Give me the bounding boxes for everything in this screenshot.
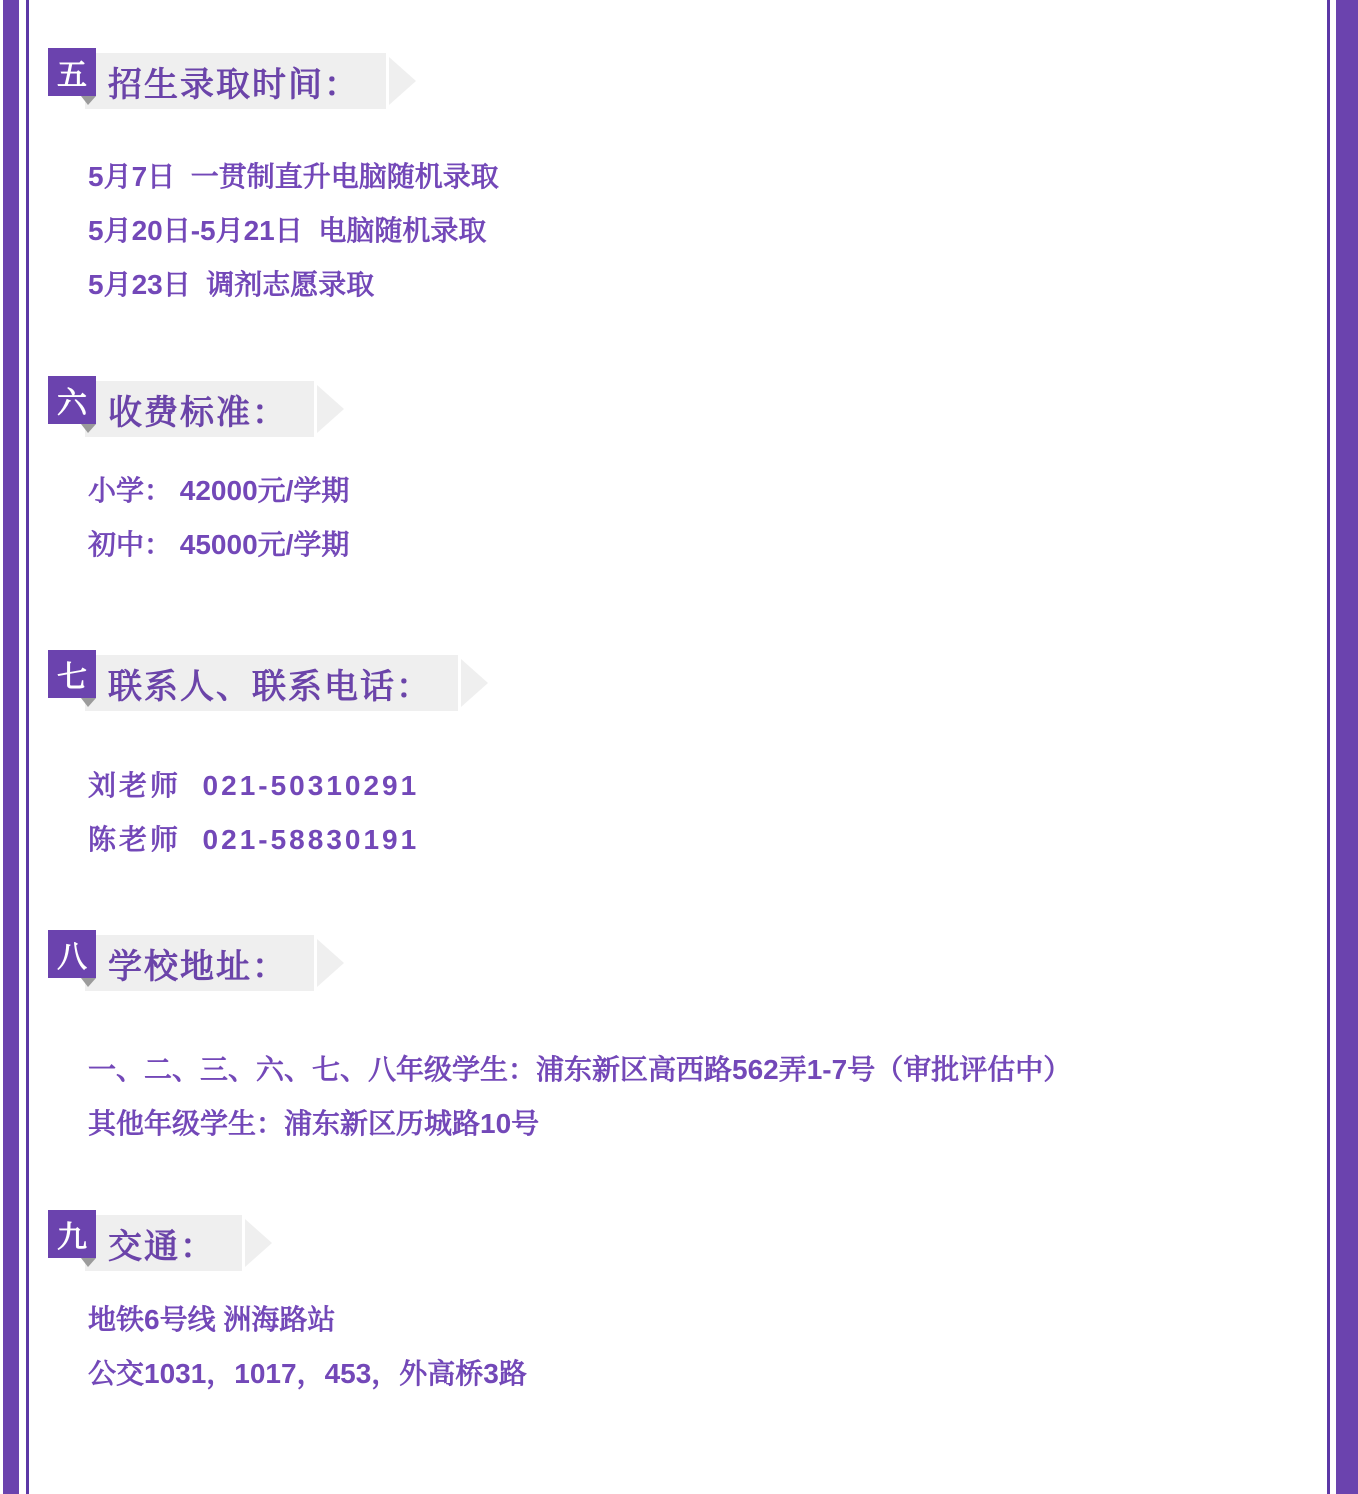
section-fees: 收费标准： 六 小学： 42000元/学期 初中： 45000元/学期 [48,376,1308,572]
section-title-banner: 招生录取时间： [85,53,386,109]
section-header: 收费标准： 六 [48,376,1308,437]
section-body: 5月7日 一贯制直升电脑随机录取 5月20日-5月21日 电脑随机录取 5月23… [88,150,1308,312]
section-number-badge: 六 [48,376,96,424]
section-title: 收费标准： [108,385,288,434]
body-line: 小学： 42000元/学期 [88,464,1308,518]
body-line: 初中： 45000元/学期 [88,518,1308,572]
section-title-banner: 收费标准： [85,381,314,437]
section-number-badge: 九 [48,1210,96,1258]
section-number-badge: 五 [48,48,96,96]
badge-fold-icon [81,1258,96,1267]
section-transport: 交通： 九 地铁6号线 洲海路站 公交1031，1017，453，外高桥3路 [48,1210,1308,1401]
banner-arrow-icon [389,57,416,105]
section-address: 学校地址： 八 一、二、三、六、七、八年级学生：浦东新区高西路562弄1-7号（… [48,930,1308,1151]
section-title-banner: 学校地址： [85,935,314,991]
section-header: 学校地址： 八 [48,930,1308,991]
section-title-banner: 联系人、联系电话： [85,655,458,711]
banner-arrow-icon [461,659,488,707]
banner-arrow-icon [317,939,344,987]
section-number-badge: 七 [48,650,96,698]
section-body: 一、二、三、六、七、八年级学生：浦东新区高西路562弄1-7号（审批评估中） 其… [88,1043,1308,1151]
section-contacts: 联系人、联系电话： 七 刘老师 021-50310291 陈老师 021-588… [48,650,1308,867]
section-body: 小学： 42000元/学期 初中： 45000元/学期 [88,464,1308,572]
badge-fold-icon [81,978,96,987]
body-line: 5月7日 一贯制直升电脑随机录取 [88,150,1308,204]
section-body: 地铁6号线 洲海路站 公交1031，1017，453，外高桥3路 [88,1293,1308,1401]
body-line: 刘老师 021-50310291 [88,759,1308,813]
left-accent-bar [3,0,19,1494]
section-enrollment-time: 招生录取时间： 五 5月7日 一贯制直升电脑随机录取 5月20日-5月21日 电… [48,48,1308,312]
body-line: 地铁6号线 洲海路站 [88,1293,1308,1347]
left-accent-line [26,0,29,1494]
section-title: 招生录取时间： [108,57,360,106]
section-title: 联系人、联系电话： [108,659,432,708]
banner-arrow-icon [317,385,344,433]
badge-fold-icon [81,424,96,433]
section-header: 交通： 九 [48,1210,1308,1271]
body-line: 陈老师 021-58830191 [88,813,1308,867]
badge-fold-icon [81,96,96,105]
body-line: 5月20日-5月21日 电脑随机录取 [88,204,1308,258]
right-accent-bar [1336,0,1358,1494]
section-number-badge: 八 [48,930,96,978]
section-title-banner: 交通： [85,1215,242,1271]
body-line: 公交1031，1017，453，外高桥3路 [88,1347,1308,1401]
body-line: 其他年级学生：浦东新区历城路10号 [88,1097,1308,1151]
section-body: 刘老师 021-50310291 陈老师 021-58830191 [88,759,1308,867]
badge-fold-icon [81,698,96,707]
banner-arrow-icon [245,1219,272,1267]
body-line: 一、二、三、六、七、八年级学生：浦东新区高西路562弄1-7号（审批评估中） [88,1043,1308,1097]
section-title: 学校地址： [108,939,288,988]
section-header: 招生录取时间： 五 [48,48,1308,109]
section-header: 联系人、联系电话： 七 [48,650,1308,711]
section-title: 交通： [108,1219,216,1268]
body-line: 5月23日 调剂志愿录取 [88,258,1308,312]
right-accent-line [1327,0,1330,1494]
